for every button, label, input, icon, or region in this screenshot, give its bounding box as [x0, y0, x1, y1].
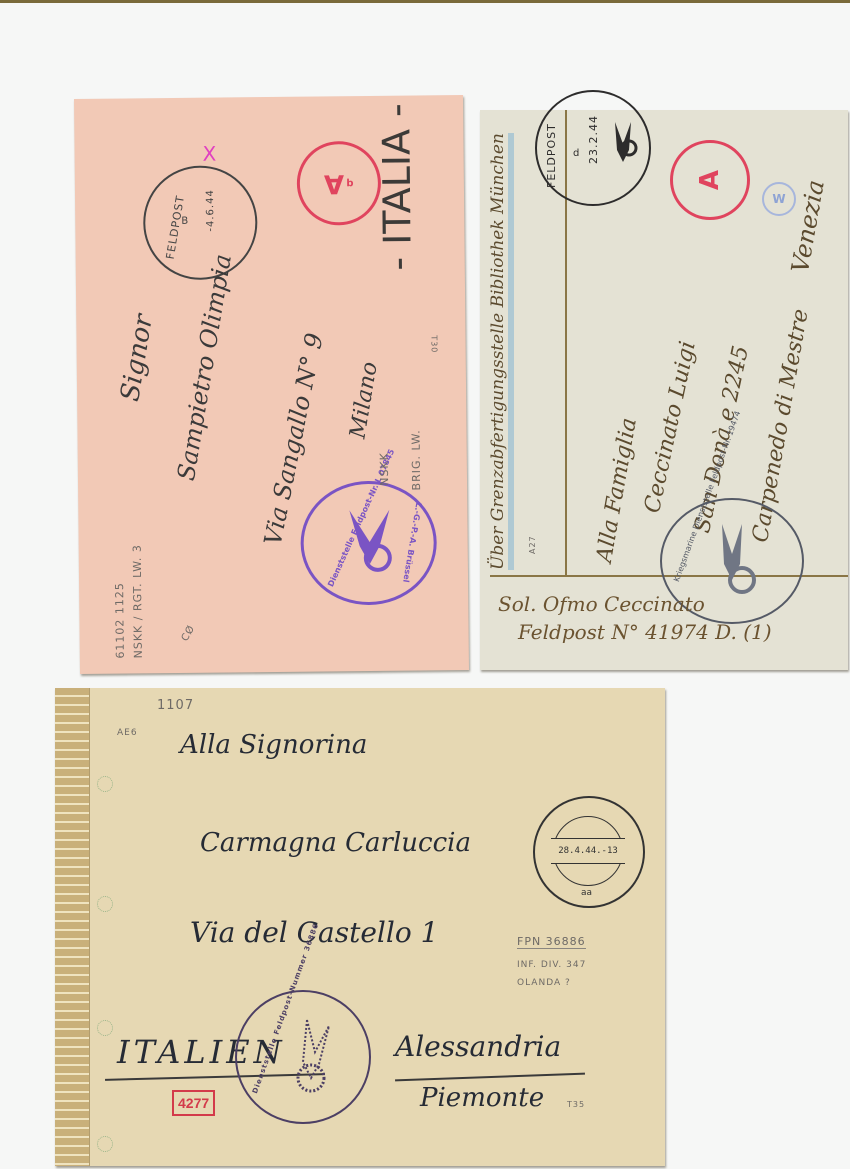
- service-stamp-lower: L.-G.-P.-A. Brüssel: [401, 502, 423, 583]
- address-line-4: Milano: [346, 360, 383, 440]
- envelope-seam-strip: [55, 688, 90, 1166]
- service-stamp-purple: Dienststelle Feldpost-Nr. L 07845 L.-G.-…: [300, 480, 437, 605]
- green-print-dot: [97, 1136, 113, 1152]
- pencil-note-c0: CØ: [180, 623, 198, 643]
- censor-letter: A: [695, 170, 725, 190]
- pencil-note-ae6: AE6: [117, 728, 138, 738]
- pencil-note-fpn: 61102 1125: [113, 582, 127, 659]
- postmark-text: FELDPOST: [164, 194, 187, 260]
- envelope-cover-2: FELDPOST d 23.2.44 A W Über Grenzabferti…: [480, 110, 848, 670]
- pencil-note-division: INF. DIV. 347: [517, 960, 586, 970]
- sender-header: Über Grenzabfertigungsstelle Bibliothek …: [488, 133, 514, 570]
- feldpost-postmark: FELDPOST d 23.2.44: [535, 90, 651, 206]
- censor-circle-red: A: [670, 140, 750, 220]
- green-print-dot: [97, 776, 113, 792]
- censor-number: 4277: [178, 1095, 209, 1111]
- pencil-note-nskk: NSKK: [378, 452, 391, 486]
- service-stamp-dark: Dienststelle Feldpost-Nummer 36886: [235, 990, 371, 1124]
- postmark-circle: 28.4.44.-13 aa: [533, 796, 645, 908]
- envelope-cover-1: FELDPOST B -4.6.44 X A b - ITALIA - Sign…: [74, 95, 469, 674]
- sender-line-2: Feldpost N° 41974 D. (1): [518, 620, 772, 644]
- eagle-emblem-icon: [605, 118, 641, 174]
- destination-country: - ITALIA -: [374, 103, 420, 271]
- blue-mark-letter: W: [772, 192, 785, 206]
- address-line-2: Ceccinato Luigi: [640, 339, 701, 515]
- blue-censor-mark: W: [762, 182, 796, 216]
- eagle-emblem-icon: [273, 1016, 337, 1100]
- censor-letter: A: [324, 168, 344, 198]
- pencil-note-t30: T30: [429, 335, 438, 353]
- address-line-2: Sampietro Olimpia: [172, 252, 237, 483]
- postmark-date-bar: 28.4.44.-13: [551, 838, 625, 864]
- postmark-date: -4.6.44: [205, 189, 216, 232]
- postmark-date: 23.2.44: [587, 115, 600, 164]
- eagle-emblem-icon: [341, 502, 398, 583]
- pencil-note-a27: A27: [528, 535, 537, 554]
- green-print-dot: [97, 1020, 113, 1036]
- pencil-note-unit: NSKK / RGT. LW. 3: [131, 544, 145, 658]
- postmark-code: aa: [581, 888, 592, 898]
- pencil-note-olanda: OLANDA ?: [517, 978, 571, 988]
- postmark-date: 28.4.44.-13: [558, 846, 618, 856]
- address-line-city: Alessandria: [395, 1030, 561, 1063]
- scanner-edge: [0, 0, 850, 3]
- sender-line-1: Sol. Ofmo Ceccinato: [498, 592, 705, 616]
- address-line-1: Signor: [115, 312, 159, 403]
- censor-circle-red: A b: [296, 141, 381, 226]
- postmark-text: FELDPOST: [545, 123, 558, 188]
- pencil-note-fpn: FPN 36886: [517, 935, 586, 949]
- address-line-1: Alla Signorina: [180, 730, 367, 760]
- underline-city: [395, 1073, 585, 1081]
- pencil-note-1107: 1107: [157, 698, 194, 713]
- pink-x-mark: X: [202, 142, 216, 166]
- postmark-letter: d: [573, 148, 580, 159]
- address-line-region: Piemonte: [420, 1083, 544, 1113]
- address-line-1: Alla Famiglia: [592, 416, 642, 564]
- censor-sub: b: [346, 178, 353, 189]
- feldpost-postmark: FELDPOST B -4.6.44: [143, 165, 258, 280]
- envelope-cover-3: 1107 AE6 Alla Signorina Carmagna Carlucc…: [55, 688, 665, 1166]
- pencil-note-t35: T35: [567, 1100, 585, 1109]
- address-line-2: Carmagna Carluccia: [200, 828, 471, 858]
- censor-number-box: 4277: [172, 1090, 215, 1116]
- postmark-letter: B: [181, 216, 189, 227]
- eagle-emblem-icon: [702, 520, 762, 600]
- green-print-dot: [97, 896, 113, 912]
- pencil-note-brig: BRIG. LW.: [409, 429, 423, 490]
